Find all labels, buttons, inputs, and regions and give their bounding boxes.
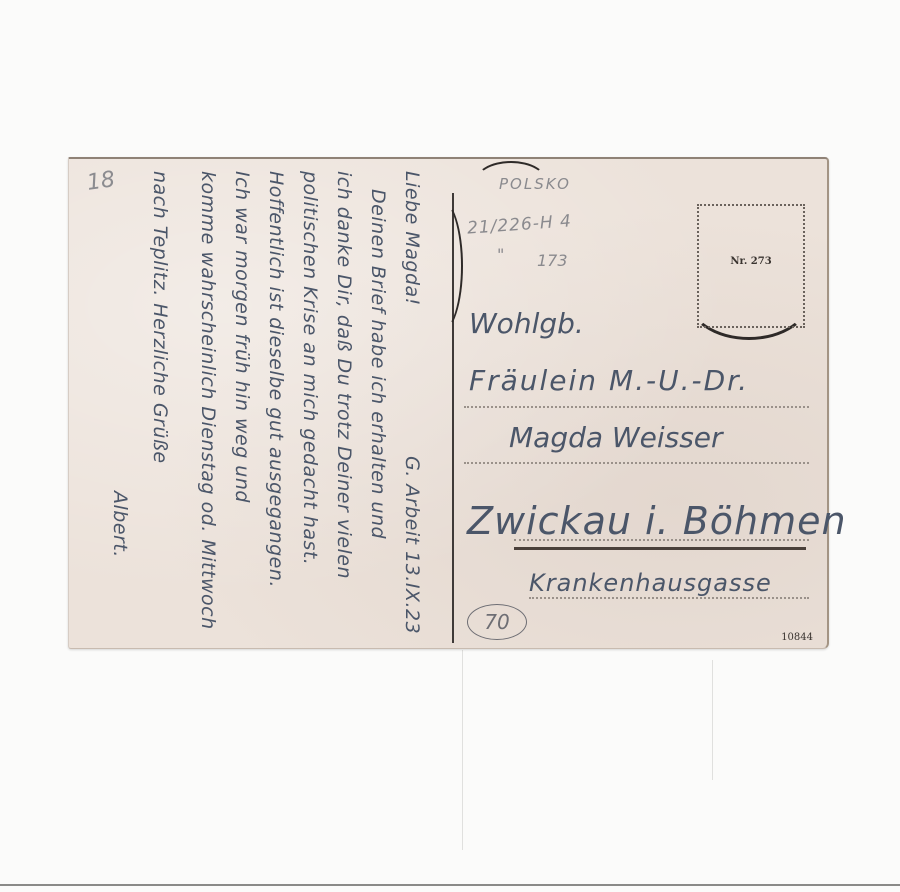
address-dotted-line	[464, 462, 809, 464]
stamp-box: Nr. 273	[697, 204, 805, 328]
address-dotted-line	[529, 597, 809, 599]
message-line: komme wahrscheinlich Dienstag od. Mittwo…	[197, 171, 219, 630]
message-line: Hoffentlich ist dieselbe gut ausgegangen…	[265, 171, 287, 588]
address-title: Fräulein M.-U.-Dr.	[469, 364, 749, 397]
postcard: 18 Liebe Magda! G. Arbeit 13.IX.23 Deine…	[68, 157, 829, 649]
message-date: G. Arbeit 13.IX.23	[401, 456, 423, 634]
message-line: Deinen Brief habe ich erhalten und	[367, 189, 389, 539]
circled-number: 70	[467, 604, 527, 640]
address-dotted-line	[464, 406, 809, 408]
address-dotted-line	[514, 539, 809, 541]
pencil-country-note: POLSKO	[499, 175, 571, 193]
printer-number: 10844	[781, 632, 813, 643]
pencil-reference-note: 21/226-H 4	[466, 211, 572, 238]
address-street: Krankenhausgasse	[529, 569, 772, 597]
address-salutation: Wohlgb.	[469, 307, 584, 340]
handwritten-message: Liebe Magda! G. Arbeit 13.IX.23 Deinen B…	[89, 171, 449, 641]
pencil-ditto-mark: "	[497, 245, 504, 264]
city-underline	[514, 547, 806, 550]
address-name: Magda Weisser	[509, 421, 723, 454]
scan-crease-line	[462, 650, 463, 850]
message-line: Ich war morgen früh hin weg und	[231, 171, 253, 503]
pencil-number-note: 173	[537, 251, 568, 270]
message-line: politischen Krise an mich gedacht hast.	[299, 171, 321, 565]
message-line: nach Teplitz. Herzliche Grüße	[149, 171, 171, 464]
message-signature: Albert.	[109, 491, 131, 558]
scan-crease-line	[712, 660, 713, 780]
scan-bottom-edge	[0, 884, 900, 886]
stamp-box-label: Nr. 273	[699, 256, 803, 267]
postmark-arc	[419, 199, 463, 333]
message-line: ich danke Dir, daß Du trotz Deiner viele…	[333, 171, 355, 579]
address-city: Zwickau i. Böhmen	[467, 499, 847, 543]
